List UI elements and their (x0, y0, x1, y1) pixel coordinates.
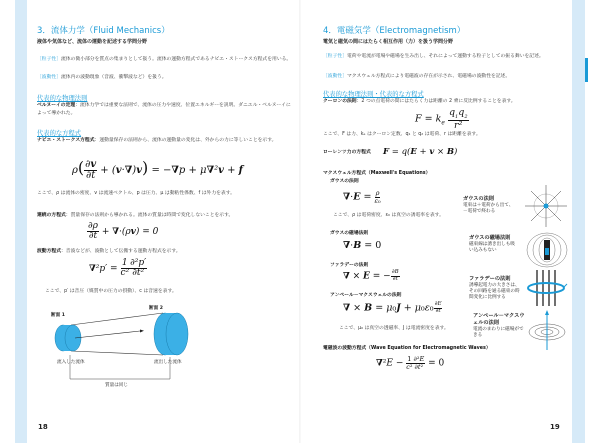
right-margin-strip (572, 0, 585, 443)
faraday-figure-title: ファラデーの法則 (469, 276, 510, 282)
faraday-figure-text: 誘導起電力の大きさは、その回路を通る磁束の時間変化に比例する (469, 283, 520, 300)
ampere-maxwell-equation: ∇ × B = μ₀J + μ₀ε₀∂E∂t (343, 302, 442, 314)
ampere-figure-caption: アンペール－マクスウェルの法則 電流のまわりに磁場ができる (473, 313, 525, 339)
gauss-mag-figure-caption: ガウスの磁場法則 磁束線は湧き出しも吸い込みもない (469, 235, 519, 254)
faraday-equation: ∇ × E = −∂B∂t (343, 270, 400, 282)
ampere-label: アンペール－マクスウェルの法則 (330, 292, 401, 300)
particle-tag: ［粒子性］ (323, 54, 347, 59)
continuity-text: ：質量保存の法則から導かれる。流体の質量は時間で変化しないことを示す。 (66, 213, 234, 218)
laws-heading: 代表的な物理法則 (37, 93, 87, 102)
wave-paragraph: ［波動性］マクスウェル方程式により電磁波の存在が示され、電磁場の波動性を記述。 (323, 73, 568, 81)
navier-note: ここで、ρ は流体の密度、v は流速ベクトル、p は圧力、μ は動粘性係数、f … (37, 190, 292, 198)
gauss-mag-equation: ∇·B = 0 (343, 240, 381, 251)
bernoulli-label: ベルヌーイの定理 (37, 103, 75, 108)
section-title: 3．流体力学（Fluid Mechanics） (37, 24, 170, 36)
section-subtitle: 液体や気体など、流体の運動を記述する学問分野 (37, 38, 147, 45)
gauss-figure-title: ガウスの法則 (463, 196, 494, 202)
electric-field-figure (523, 183, 569, 229)
magnetic-dipole-figure (525, 230, 569, 270)
bernoulli-paragraph: ベルヌーイの定理：流体力学では重要な法則で、流体の圧力や速度、位置エネルギーを説… (37, 102, 292, 117)
coulomb-text: ：2 つの点電荷の間にはたらく力は距離の 2 乗に反比例することを表す。 (357, 99, 516, 104)
particle-paragraph: ［粒子性］流体の微小部分を質点の集まりとして扱う。流体の運動方程式であるナビエ・… (37, 56, 292, 64)
equations-heading: 代表的な方程式 (37, 128, 81, 137)
wave-eq-note: ここで、p′ は音圧（媒質中の圧力の摂動）、c は音速を表す。 (45, 288, 292, 296)
maxwell-heading: マクスウェル方程式（Maxwell's Equations） (323, 170, 430, 178)
continuity-paragraph: 連続の方程式：質量保存の法則から導かれる。流体の質量は時間で変化しないことを示す… (37, 212, 292, 220)
coulomb-equation: F = ke q1q2r² (415, 108, 469, 130)
continuity-equation: ∂ρ∂t + ∇·(ρv) = 0 (87, 222, 158, 241)
right-page: 4．電磁気学（Electromagnetism） 電気と磁気の間にはたらく相互作… (323, 0, 568, 443)
left-margin-strip (15, 0, 27, 443)
left-page: 3．流体力学（Fluid Mechanics） 液体や気体など、流体の運動を記述… (37, 0, 292, 443)
gauss-note: ここで、ρ は電荷密度、ε₀ は真空の誘電率を表す。 (333, 212, 483, 220)
gauss-mag-figure-text: 磁束線は湧き出しも吸い込みもない (469, 242, 515, 253)
wave-tag: ［波動性］ (323, 74, 347, 79)
outflow-label: 流出した流体 (154, 360, 182, 366)
wave-tag: ［波動性］ (37, 75, 61, 80)
wave-eq-text: ：音波などが、波動として伝搬する運動方程式を示す。 (61, 249, 181, 254)
ampere-note: ここで、μ₀ は真空の透磁率、J は電流密度を表す。 (339, 325, 489, 333)
lorentz-label: ローレンツ力の方程式 (323, 150, 371, 155)
gauss-label: ガウスの法則 (330, 178, 359, 186)
navier-stokes-equation: ρ(∂v∂t + (v·∇)v) = −∇p + μ∇²v + f (72, 158, 243, 181)
book-gutter (299, 0, 301, 443)
gauss-mag-figure-title: ガウスの磁場法則 (469, 235, 510, 241)
gauss-equation: ∇·E = ρε₀ (343, 190, 381, 204)
section-subtitle: 電気と磁気の間にはたらく相互作用（力）を扱う学問分野 (323, 38, 453, 45)
ampere-figure-text: 電流のまわりに磁場ができる (473, 327, 524, 338)
gauss-figure-caption: ガウスの法則 電束は＋電荷から出て、－電荷で終わる (463, 196, 518, 215)
inflow-label: 流入した流体 (57, 360, 85, 366)
em-wave-equation: ∇²E − 1c²∂²E∂t² = 0 (376, 356, 444, 370)
section2-label: 断面 2 (149, 306, 163, 312)
section-title: 4．電磁気学（Electromagnetism） (323, 24, 465, 36)
gauss-figure-text: 電束は＋電荷から出て、－電荷で終わる (463, 203, 513, 214)
wave-text: マクスウェル方程式により電磁波の存在が示され、電磁場の波動性を記述。 (347, 74, 510, 79)
navier-label: ナビエ・ストークス方程式 (37, 138, 95, 143)
particle-tag: ［粒子性］ (37, 57, 61, 62)
em-wave-heading: 電磁波の波動方程式（Wave Equation for Electromagne… (323, 345, 491, 353)
continuity-flow-diagram (45, 305, 215, 385)
ampere-field-figure (523, 310, 569, 350)
faraday-figure-caption: ファラデーの法則 誘導起電力の大きさは、その回路を通る磁束の時間変化に比例する (469, 276, 521, 301)
faraday-induction-figure (525, 266, 569, 308)
wave-eq-label: 波動方程式 (37, 249, 61, 254)
section1-label: 断面 1 (51, 313, 65, 319)
wave-paragraph: ［波動性］流体内の波動現象（音波、衝撃波など）を扱う。 (37, 74, 292, 82)
continuity-label: 連続の方程式 (37, 213, 66, 218)
coulomb-label: クーロンの法則 (323, 99, 357, 104)
navier-paragraph: ナビエ・ストークス方程式：運動量保存の法則から、流体の運動量の変化は、外からの力… (37, 137, 292, 145)
laws-heading: 代表的な物理法則・代表的な方程式 (323, 89, 424, 98)
chapter-tab-marker (585, 58, 588, 82)
bernoulli-text: ：流体力学では重要な法則で、流体の圧力や速度、位置エネルギーを説明。ダニエル・ベ… (37, 103, 291, 116)
ampere-figure-title: アンペール－マクスウェルの法則 (473, 313, 525, 326)
particle-text: 流体の微小部分を質点の集まりとして扱う。流体の運動方程式であるナビエ・ストークス… (61, 57, 291, 62)
same-mass-label: 質量は同じ (105, 383, 128, 389)
wave-eq-paragraph: 波動方程式：音波などが、波動として伝搬する運動方程式を示す。 (37, 248, 292, 256)
page-number-right: 19 (550, 423, 560, 431)
coulomb-note: ここで、F は力、kₑ はクーロン定数、q₁ と q₂ は電荷、r は距離を表す… (323, 131, 568, 139)
particle-paragraph: ［粒子性］電荷や電流が電場や磁場を生み出し、それによって運動する粒子としての振る… (323, 53, 568, 61)
faraday-label: ファラデーの法則 (330, 262, 368, 270)
acoustic-wave-equation: ∇²p′ = 1c²∂²p′∂t² (89, 259, 147, 278)
wave-text: 流体内の波動現象（音波、衝撃波など）を扱う。 (61, 75, 167, 80)
page-number-left: 18 (38, 423, 48, 431)
gauss-mag-label: ガウスの磁場法則 (330, 230, 368, 238)
navier-text: ：運動量保存の法則から、流体の運動量の変化は、外からの力に等しいことを示す。 (95, 138, 277, 143)
lorentz-equation: F = q(E + v × B) (383, 147, 457, 157)
book-spread: 3．流体力学（Fluid Mechanics） 液体や気体など、流体の運動を記述… (0, 0, 600, 443)
coulomb-paragraph: クーロンの法則：2 つの点電荷の間にはたらく力は距離の 2 乗に反比例することを… (323, 98, 568, 106)
particle-text: 電荷や電流が電場や磁場を生み出し、それによって運動する粒子としての振る舞いを記述… (347, 54, 544, 59)
